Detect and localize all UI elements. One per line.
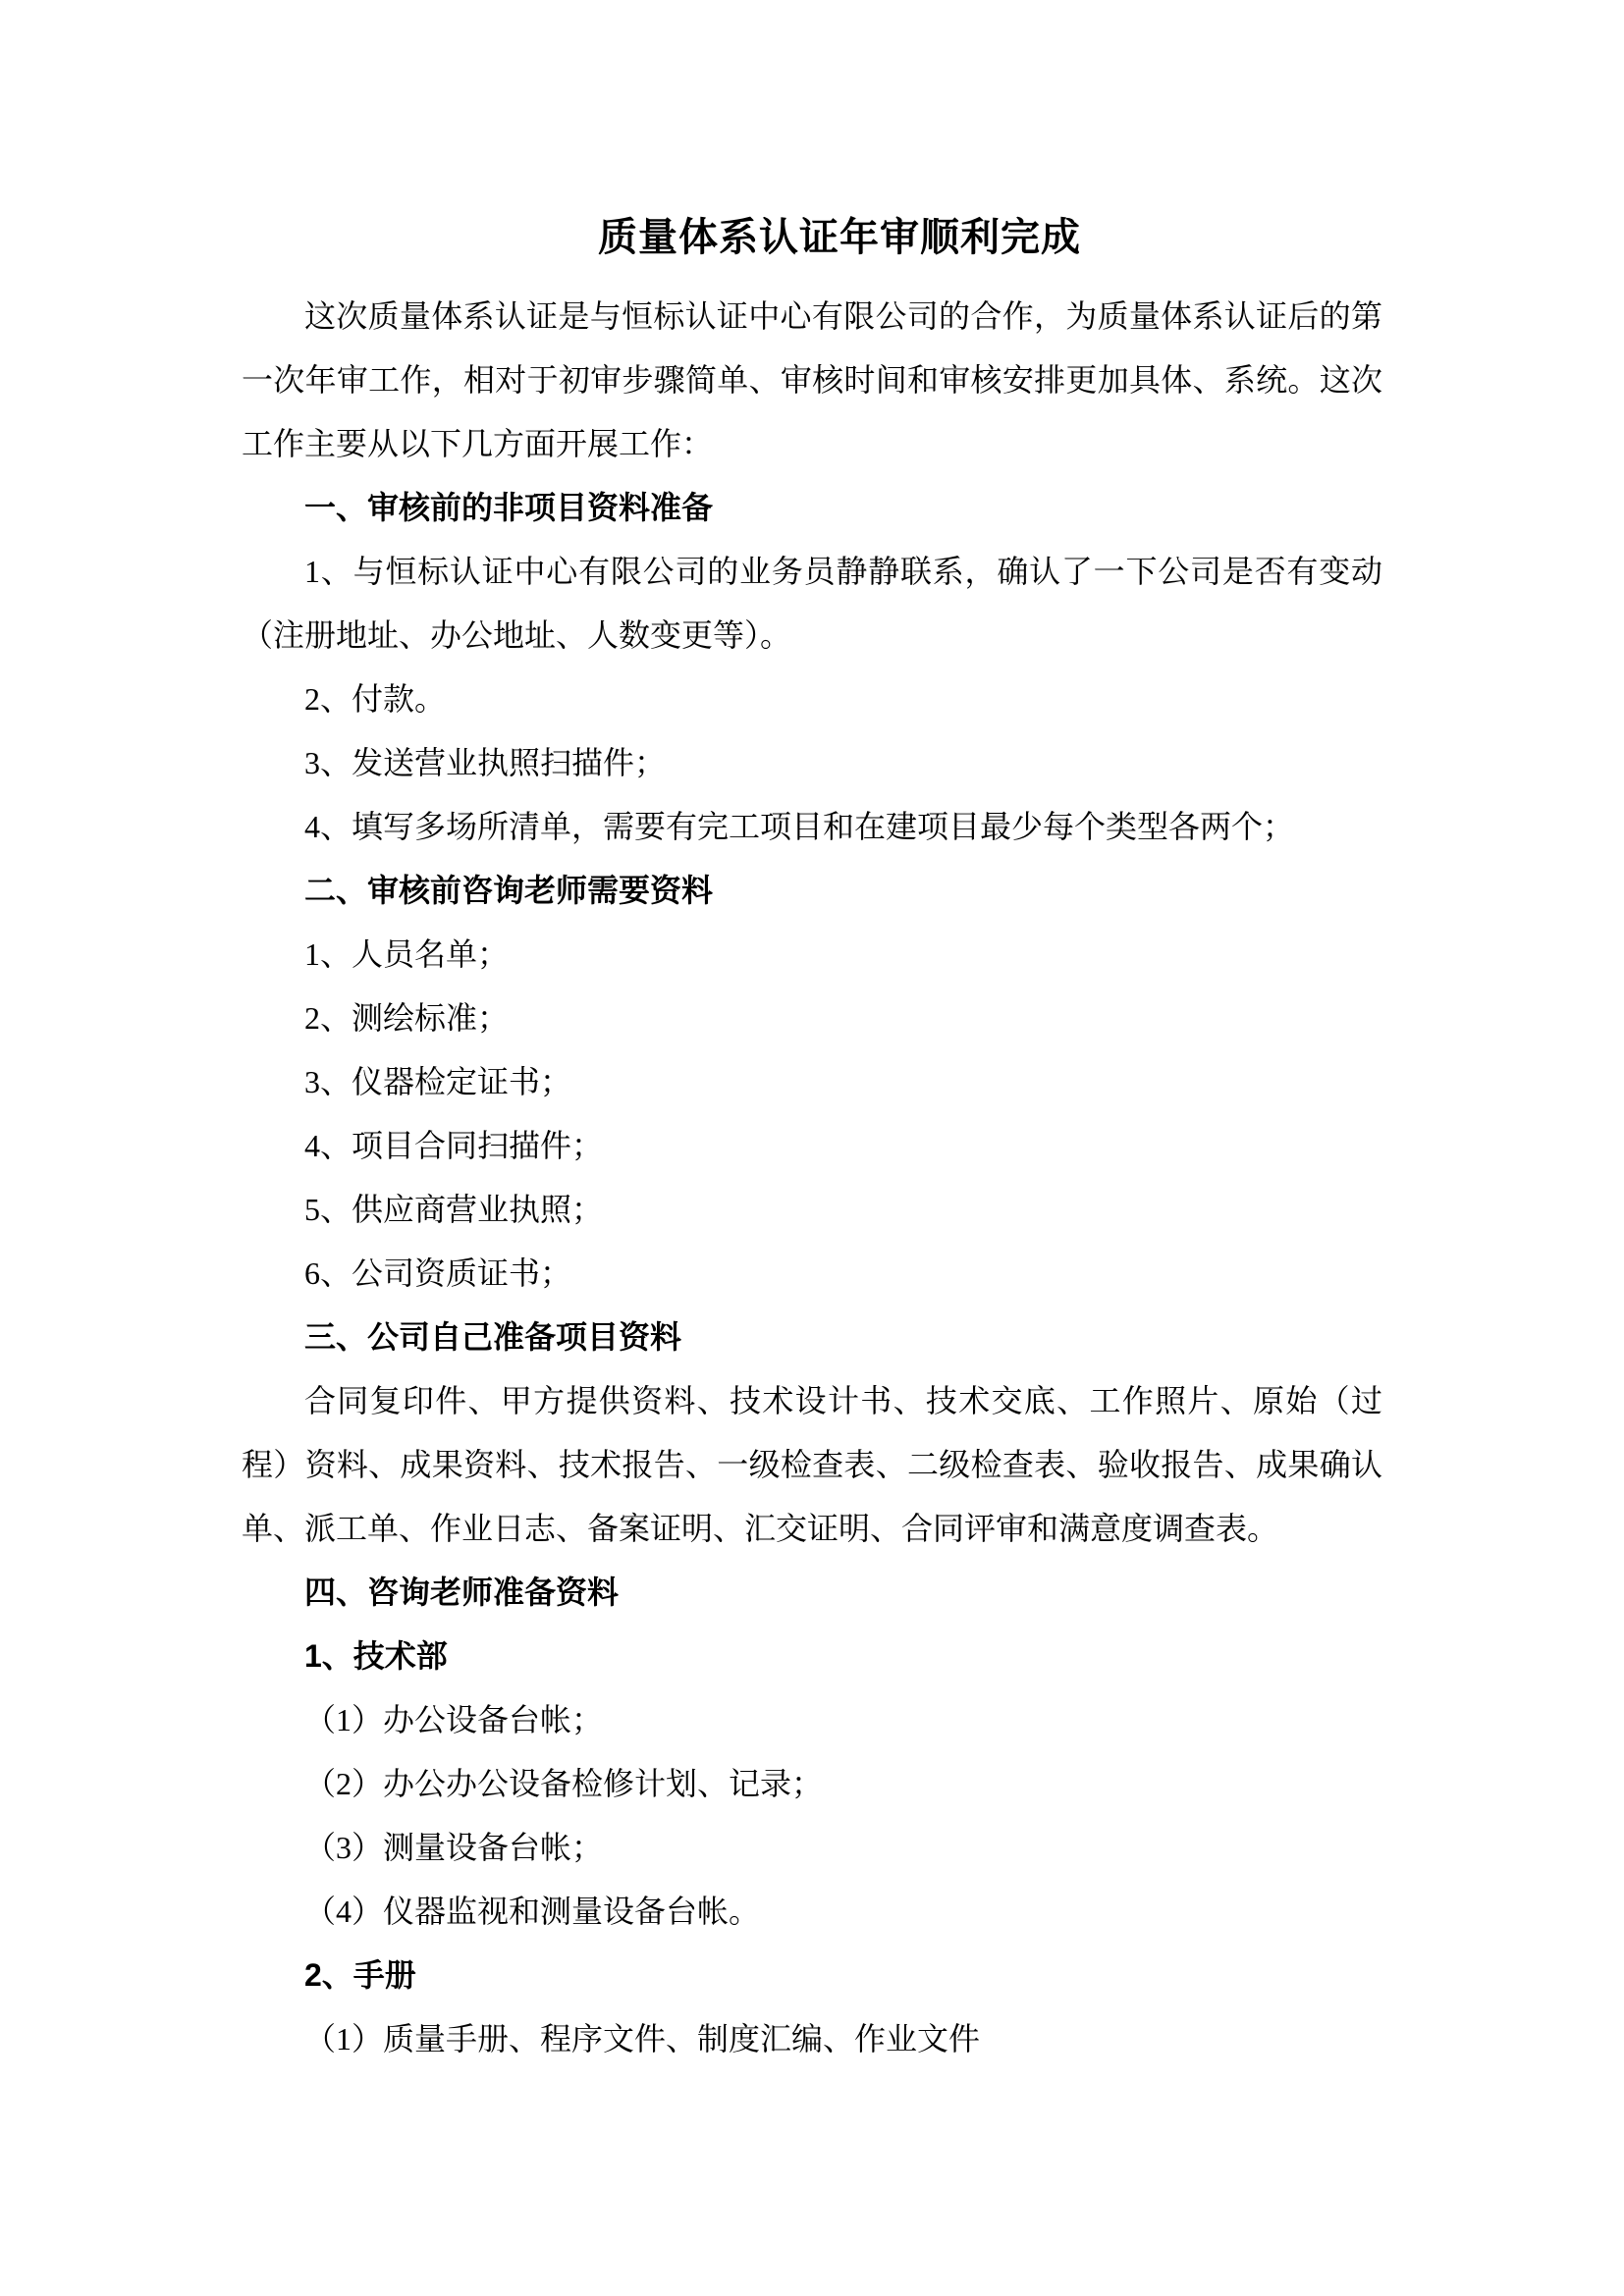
section-3-paragraph: 合同复印件、甲方提供资料、技术设计书、技术交底、工作照片、原始（过程）资料、成果… [242, 1369, 1382, 1561]
subsection-4-1-item-1: （1）办公设备台帐； [242, 1688, 1382, 1752]
section-4-heading: 四、咨询老师准备资料 [242, 1561, 1382, 1625]
section-1-heading: 一、审核前的非项目资料准备 [242, 476, 1382, 540]
section-2-item-2: 2、测绘标准； [242, 987, 1382, 1050]
section-2-item-1: 1、人员名单； [242, 923, 1382, 987]
subsection-4-1-heading: 1、技术部 [242, 1625, 1382, 1688]
section-1-item-3: 3、发送营业执照扫描件； [242, 731, 1382, 795]
section-3-heading: 三、公司自己准备项目资料 [242, 1306, 1382, 1369]
section-2-item-4: 4、项目合同扫描件； [242, 1114, 1382, 1178]
section-2-item-6: 6、公司资质证书； [242, 1242, 1382, 1306]
subsection-4-1-item-2: （2）办公办公设备检修计划、记录； [242, 1752, 1382, 1816]
section-2-item-5: 5、供应商营业执照； [242, 1178, 1382, 1242]
section-2-item-3: 3、仪器检定证书； [242, 1050, 1382, 1114]
subsection-4-2-item-1: （1）质量手册、程序文件、制度汇编、作业文件 [242, 2007, 1382, 2071]
subsection-4-2-heading: 2、手册 [242, 1944, 1382, 2007]
document-page: 质量体系认证年审顺利完成 这次质量体系认证是与恒标认证中心有限公司的合作，为质量… [0, 0, 1624, 2296]
section-1-item-2: 2、付款。 [242, 667, 1382, 731]
section-1-item-1: 1、与恒标认证中心有限公司的业务员静静联系，确认了一下公司是否有变动（注册地址、… [242, 540, 1382, 667]
subsection-4-1-item-3: （3）测量设备台帐； [242, 1816, 1382, 1880]
section-2-heading: 二、审核前咨询老师需要资料 [242, 859, 1382, 923]
subsection-4-1-item-4: （4）仪器监视和测量设备台帐。 [242, 1880, 1382, 1944]
document-title: 质量体系认证年审顺利完成 [242, 196, 1382, 279]
section-1-item-4: 4、填写多场所清单，需要有完工项目和在建项目最少每个类型各两个； [242, 795, 1382, 859]
intro-paragraph: 这次质量体系认证是与恒标认证中心有限公司的合作，为质量体系认证后的第一次年审工作… [242, 285, 1382, 476]
